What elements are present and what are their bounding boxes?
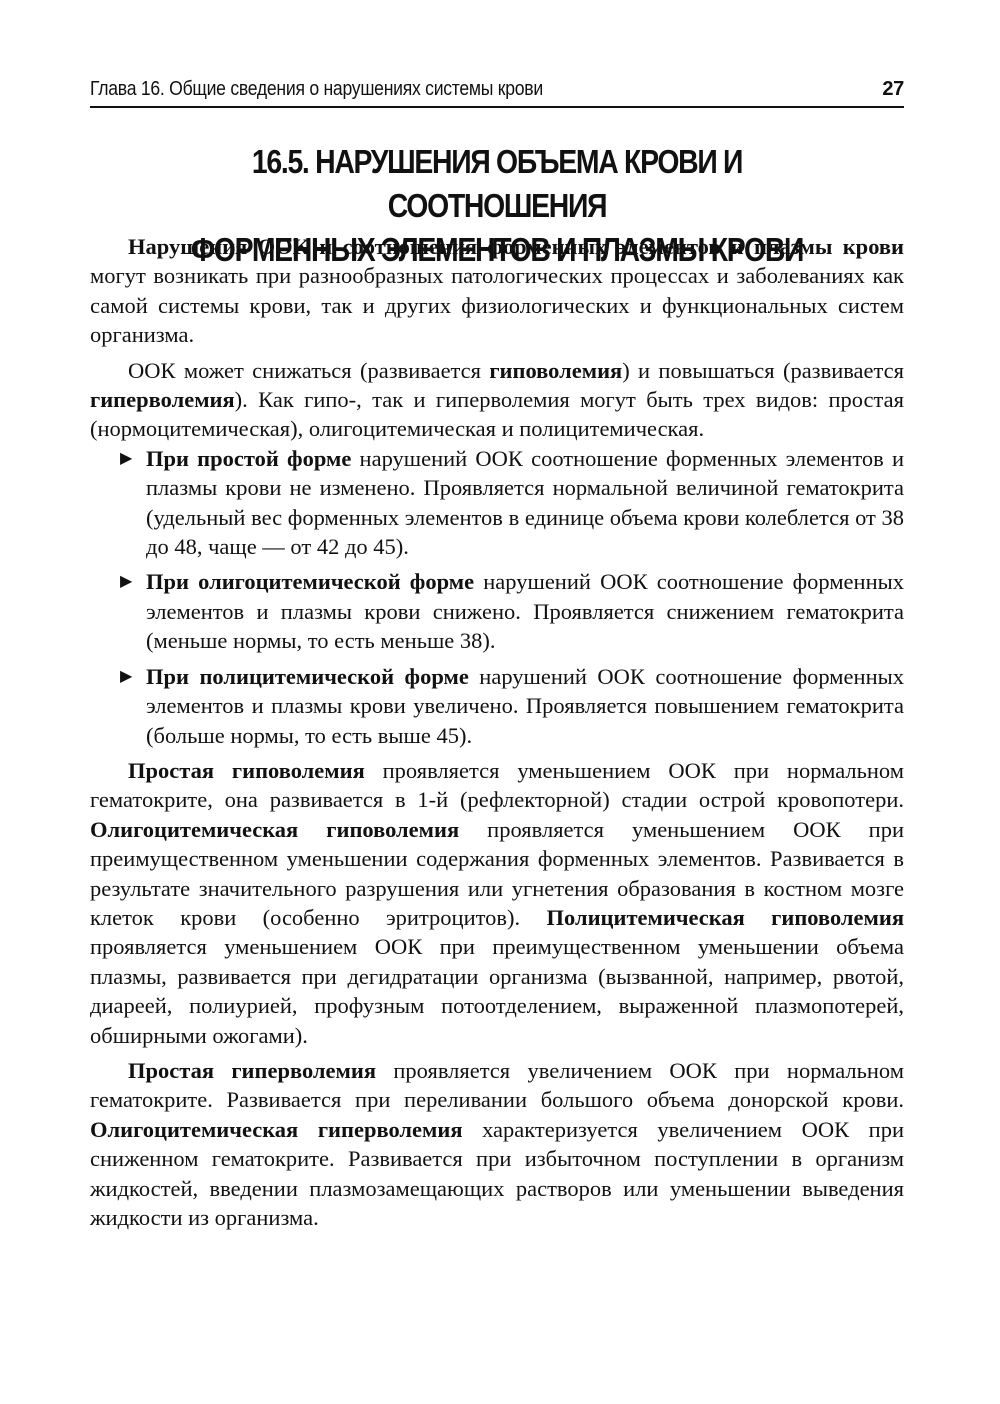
bold-term: гиперволемия	[90, 387, 235, 412]
forms-list: ▶При простой форме нарушений ООК соотнош…	[90, 444, 904, 750]
running-header: Глава 16. Общие сведения о нарушениях си…	[90, 74, 904, 108]
section-heading-line-1: 16.5. НАРУШЕНИЯ ОБЪЕМА КРОВИ И СООТНОШЕН…	[147, 140, 847, 228]
list-item: ▶При простой форме нарушений ООК соотнош…	[90, 444, 904, 562]
paragraph-types: ООК может снижаться (развивается гиповол…	[90, 356, 904, 444]
bold-term: При олигоцитемической форме	[146, 569, 474, 594]
bold-term: Простая гиповолемия	[128, 758, 365, 783]
bold-term: Простая гиперволемия	[128, 1058, 376, 1083]
bold-term: Полицитемическая гиповолемия	[547, 905, 904, 930]
page-number: 27	[882, 78, 904, 101]
bold-term: Олигоцитемическая гиповолемия	[90, 817, 459, 842]
chapter-title: Глава 16. Общие сведения о нарушениях си…	[90, 78, 543, 101]
bullet-triangle-icon: ▶	[120, 662, 132, 691]
bold-term: Нарушения ООК и соотношения форменных эл…	[128, 234, 904, 259]
paragraph-hypervolemia: Простая гиперволемия проявляется увеличе…	[90, 1056, 904, 1232]
bold-term: При полицитемической форме	[146, 664, 469, 689]
bold-term: гиповолемия	[489, 358, 622, 383]
paragraph-intro: Нарушения ООК и соотношения форменных эл…	[90, 232, 904, 350]
bold-term: При простой форме	[146, 446, 351, 471]
list-item: ▶При полицитемической форме нарушений ОО…	[90, 662, 904, 750]
bullet-triangle-icon: ▶	[120, 567, 132, 596]
bullet-triangle-icon: ▶	[120, 444, 132, 473]
body-text: Нарушения ООК и соотношения форменных эл…	[90, 232, 904, 1232]
paragraph-hypovolemia: Простая гиповолемия проявляется уменьшен…	[90, 756, 904, 1050]
list-item: ▶При олигоцитемической форме нарушений О…	[90, 567, 904, 655]
bold-term: Олигоцитемическая гиперволемия	[90, 1117, 463, 1142]
